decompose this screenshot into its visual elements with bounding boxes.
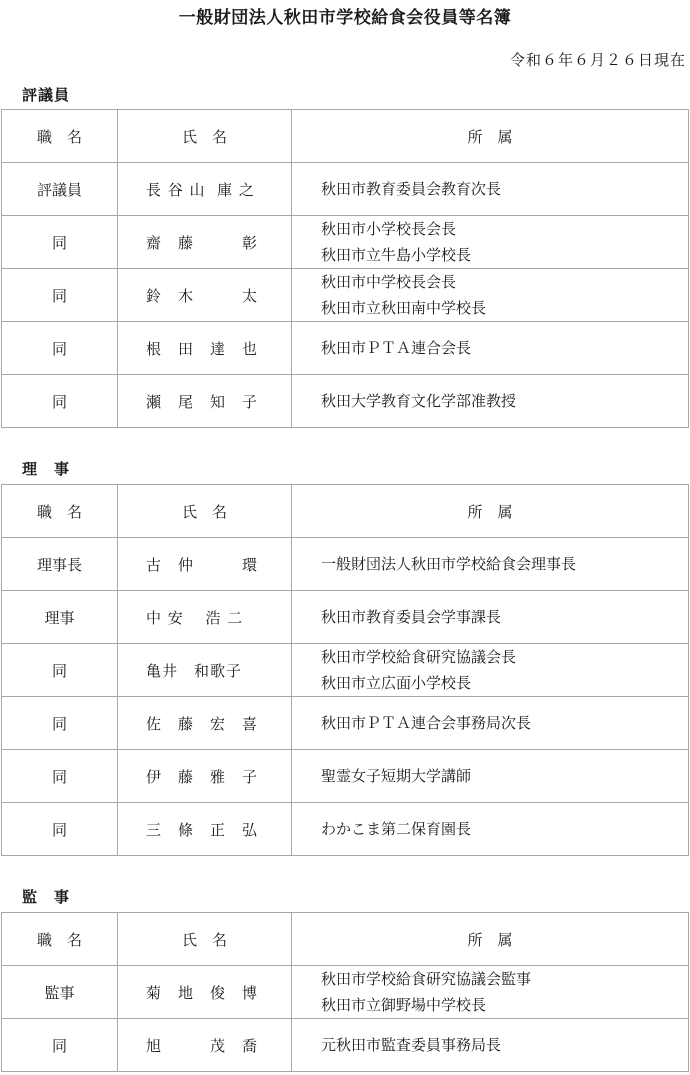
column-header-position: 職 名 [2,485,118,538]
table-row: 同 伊 藤 雅 子 聖霊女子短期大学講師 [2,750,689,803]
affiliation-line: 秋田大学教育文化学部准教授 [321,388,688,414]
affiliation-cell: 聖霊女子短期大学講師 [292,750,689,803]
table-row: 同 瀬 尾 知 子 秋田大学教育文化学部准教授 [2,375,689,428]
table-row: 同 三 條 正 弘 わかこま第二保育園長 [2,803,689,856]
table-row: 同 根 田 達 也 秋田市ＰＴＡ連合会長 [2,322,689,375]
table-header-row: 職 名 氏 名 所 属 [2,913,689,966]
column-header-position: 職 名 [2,110,118,163]
directors-table: 職 名 氏 名 所 属 理事長 古 仲 環 一般財団法人秋田市学校給食会理事長 … [1,484,689,856]
table-row: 評議員 長 谷 山 庫 之 秋田市教育委員会教育次長 [2,163,689,216]
position-cell: 評議員 [2,163,118,216]
affiliation-cell: 秋田市教育委員会教育次長 [292,163,689,216]
position-cell: 同 [2,375,118,428]
affiliation-cell: 秋田市ＰＴＡ連合会事務局次長 [292,697,689,750]
column-header-affiliation: 所 属 [292,485,689,538]
position-cell: 同 [2,1019,118,1072]
name-cell: 根 田 達 也 [118,322,292,375]
section-heading-directors: 理 事 [22,458,70,479]
position-cell: 同 [2,803,118,856]
affiliation-line: 聖霊女子短期大学講師 [321,763,688,789]
affiliation-line: 秋田市ＰＴＡ連合会長 [321,335,688,361]
name-cell: 長 谷 山 庫 之 [118,163,292,216]
table-row: 同 旭 茂 喬 元秋田市監査委員事務局長 [2,1019,689,1072]
position-cell: 同 [2,269,118,322]
name-cell: 中 安 浩 二 [118,591,292,644]
name-cell: 三 條 正 弘 [118,803,292,856]
name-cell: 亀井 和歌子 [118,644,292,697]
table-row: 理事 中 安 浩 二 秋田市教育委員会学事課長 [2,591,689,644]
affiliation-line: 秋田市教育委員会教育次長 [321,176,688,202]
name-cell: 鈴 木 太 [118,269,292,322]
affiliation-cell: 元秋田市監査委員事務局長 [292,1019,689,1072]
position-cell: 同 [2,216,118,269]
column-header-name: 氏 名 [118,110,292,163]
affiliation-cell: 秋田市学校給食研究協議会監事秋田市立御野場中学校長 [292,966,689,1019]
name-cell: 旭 茂 喬 [118,1019,292,1072]
name-cell: 伊 藤 雅 子 [118,750,292,803]
affiliation-line: 秋田市ＰＴＡ連合会事務局次長 [321,710,688,736]
table-header-row: 職 名 氏 名 所 属 [2,110,689,163]
position-cell: 同 [2,644,118,697]
position-cell: 監事 [2,966,118,1019]
section-heading-auditors: 監 事 [22,886,70,907]
affiliation-line: わかこま第二保育園長 [321,816,688,842]
affiliation-line: 秋田市立御野場中学校長 [321,992,688,1018]
affiliation-line: 秋田市学校給食研究協議会監事 [321,966,688,992]
councilors-table: 職 名 氏 名 所 属 評議員 長 谷 山 庫 之 秋田市教育委員会教育次長 同… [1,109,689,428]
column-header-name: 氏 名 [118,485,292,538]
name-cell: 菊 地 俊 博 [118,966,292,1019]
affiliation-line: 秋田市小学校長会長 [321,216,688,242]
affiliation-cell: 秋田市小学校長会長秋田市立牛島小学校長 [292,216,689,269]
affiliation-line: 一般財団法人秋田市学校給食会理事長 [321,551,688,577]
position-cell: 理事長 [2,538,118,591]
auditors-table: 職 名 氏 名 所 属 監事 菊 地 俊 博 秋田市学校給食研究協議会監事秋田市… [1,912,689,1072]
document-title: 一般財団法人秋田市学校給食会役員等名簿 [0,3,690,28]
table-row: 同 佐 藤 宏 喜 秋田市ＰＴＡ連合会事務局次長 [2,697,689,750]
position-cell: 同 [2,322,118,375]
column-header-position: 職 名 [2,913,118,966]
column-header-affiliation: 所 属 [292,913,689,966]
position-cell: 理事 [2,591,118,644]
affiliation-cell: 秋田市学校給食研究協議会長秋田市立広面小学校長 [292,644,689,697]
column-header-affiliation: 所 属 [292,110,689,163]
position-cell: 同 [2,697,118,750]
table-row: 理事長 古 仲 環 一般財団法人秋田市学校給食会理事長 [2,538,689,591]
affiliation-line: 秋田市教育委員会学事課長 [321,604,688,630]
affiliation-line: 秋田市立広面小学校長 [321,670,688,696]
name-cell: 佐 藤 宏 喜 [118,697,292,750]
affiliation-line: 元秋田市監査委員事務局長 [321,1032,688,1058]
as-of-date: 令和６年６月２６日現在 [510,49,686,70]
table-row: 同 亀井 和歌子 秋田市学校給食研究協議会長秋田市立広面小学校長 [2,644,689,697]
affiliation-line: 秋田市立秋田南中学校長 [321,295,688,321]
table-row: 同 鈴 木 太 秋田市中学校長会長秋田市立秋田南中学校長 [2,269,689,322]
table-row: 同 齋 藤 彰 秋田市小学校長会長秋田市立牛島小学校長 [2,216,689,269]
affiliation-cell: 秋田大学教育文化学部准教授 [292,375,689,428]
affiliation-line: 秋田市立牛島小学校長 [321,242,688,268]
affiliation-cell: 秋田市教育委員会学事課長 [292,591,689,644]
affiliation-line: 秋田市学校給食研究協議会長 [321,644,688,670]
affiliation-cell: 秋田市中学校長会長秋田市立秋田南中学校長 [292,269,689,322]
name-cell: 瀬 尾 知 子 [118,375,292,428]
table-header-row: 職 名 氏 名 所 属 [2,485,689,538]
affiliation-line: 秋田市中学校長会長 [321,269,688,295]
name-cell: 古 仲 環 [118,538,292,591]
section-heading-councilors: 評議員 [22,84,70,105]
affiliation-cell: わかこま第二保育園長 [292,803,689,856]
name-cell: 齋 藤 彰 [118,216,292,269]
position-cell: 同 [2,750,118,803]
affiliation-cell: 秋田市ＰＴＡ連合会長 [292,322,689,375]
table-row: 監事 菊 地 俊 博 秋田市学校給食研究協議会監事秋田市立御野場中学校長 [2,966,689,1019]
column-header-name: 氏 名 [118,913,292,966]
affiliation-cell: 一般財団法人秋田市学校給食会理事長 [292,538,689,591]
